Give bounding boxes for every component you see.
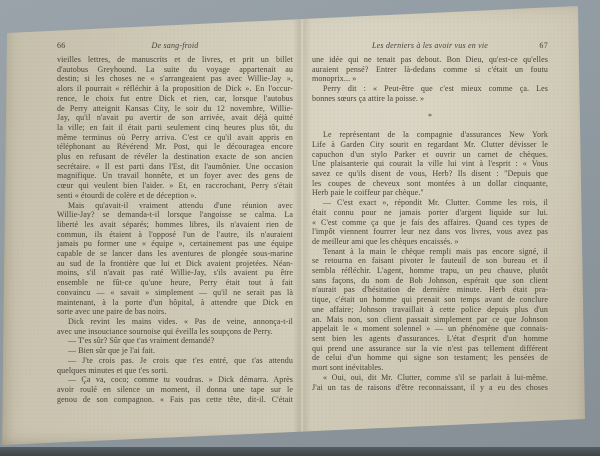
text-line: se retourna en faisant pivoter le fauteu…	[312, 256, 548, 266]
text-line: genou de son compagnon. « Fais pas cette…	[57, 395, 293, 405]
text-line: Dick revint les mains vides. « Pas de ve…	[57, 317, 293, 327]
text-line: l'impôt viennent fourrer leur nez dans v…	[312, 227, 548, 237]
text-line: même terminus où Perry arriva. C'est ce …	[57, 133, 293, 143]
text-line: sent bien les agents d'assurances. L'éta…	[312, 334, 548, 344]
text-line: — C'est exact », répondit Mr. Clutter. C…	[312, 198, 548, 208]
text-line: d'autobus Greyhound. La suite du voyage …	[57, 65, 293, 75]
text-line: convaincu — « savait » simplement — qu'i…	[57, 288, 293, 298]
text-line: tique, c'était un homme qui prenait son …	[312, 295, 548, 305]
open-book: 66 De sang-froid vieilles lettres, de ma…	[0, 0, 592, 452]
text-line: la ville; en fait il était parti seuleme…	[57, 123, 293, 133]
text-line: Le représentant de la compagnie d'assura…	[312, 130, 548, 140]
text-line: mort sont inévitables.	[312, 363, 548, 373]
text-line: magnifique. Un travail honnête, et un fo…	[57, 171, 293, 181]
text-line: senti « étourdi de colère et de déceptio…	[57, 191, 293, 201]
text-line: auraient pensé? Entrer là-dedans comme s…	[312, 65, 548, 75]
text-line: Mais qu'avait-il vraiment attendu d'une …	[57, 201, 293, 211]
text-line: — Ça va, coco; comme tu voudras. » Dick …	[57, 375, 293, 385]
text-line: Tenant à la main le chèque rempli mais p…	[312, 247, 548, 257]
page-left-header: 66 De sang-froid	[57, 41, 293, 52]
text-line: capuchon d'un stylo Parker et ouvrir un …	[312, 150, 548, 160]
text-line: « Oui, oui, dit Mr. Clutter, comme s'il …	[312, 373, 548, 383]
text-line: de Perry atteignit Kansas City, le soir …	[57, 104, 293, 114]
text-line: — T'es sûr? Sûr que t'as vraiment demand…	[57, 336, 293, 346]
text-line: vieilles lettres, de manuscrits et de li…	[57, 55, 293, 65]
text-line: sorte avec une paire de bas noirs.	[57, 307, 293, 317]
text-line: savez ce qu'ils disent de vous, Herb? Il…	[312, 169, 548, 179]
text-line: maintenant, à la porte d'un hôpital, à a…	[57, 298, 293, 308]
text-line: n'aurait pas d'hésitation de dernière mi…	[312, 285, 548, 295]
text-line: était connu pour ne jamais porter d'arge…	[312, 208, 548, 218]
text-line: sans façons, du nom de Bob Johnson, espé…	[312, 276, 548, 286]
text-line: jamais pu former une « équipe », certain…	[57, 239, 293, 249]
text-line: — Bien sûr que je l'ai fait.	[57, 346, 293, 356]
photo-background: 66 De sang-froid vieilles lettres, de ma…	[0, 0, 600, 456]
page-right-text: une idée qui ne tenait pas debout. Bon D…	[312, 55, 548, 392]
text-line: de celui d'un homme qui signe son testam…	[312, 353, 548, 363]
text-line: Jay, qu'il n'avait pu avertir de son arr…	[57, 113, 293, 123]
text-line: ensemble ne fût-ce qu'une heure, Perry é…	[57, 278, 293, 288]
text-line: avec une insouciance sournoise qui éveil…	[57, 327, 293, 337]
text-line: téléphonant au Révérend Mr. Post, qui le…	[57, 142, 293, 152]
text-line: alors il pourrait « réfléchir à la propo…	[57, 84, 293, 94]
text-line: cœur qui veulent bien l'aider. » Et, en …	[57, 181, 293, 191]
surface-edge	[0, 447, 600, 456]
text-line: de meilleur ami que les chèques encaissé…	[312, 237, 548, 247]
page-number-right: 67	[539, 41, 548, 50]
page-left: 66 De sang-froid vieilles lettres, de ma…	[57, 41, 293, 404]
text-line: an. Mais non, son client passait simplem…	[312, 315, 548, 325]
running-title-right: Les derniers à les avoir vus en vie	[312, 41, 548, 50]
text-line: rence, le choix fut entre Dick et rien, …	[57, 94, 293, 104]
text-line: monoprix... »	[312, 74, 548, 84]
text-line: capable de se lancer dans les aventures …	[57, 249, 293, 259]
text-line: secrétaire. « Il est parti dans l'Est, d…	[57, 162, 293, 172]
text-line: Life à Garden City sourit en regardant M…	[312, 140, 548, 150]
text-line: J'ai un tas de raisons d'être reconnaiss…	[312, 383, 548, 393]
text-line: — J'te crois pas. Je crois que t'es entr…	[57, 356, 293, 366]
page-right: Les derniers à les avoir vus en vie 67 u…	[312, 41, 548, 392]
text-line: les coupes de cheveux sont montées à un …	[312, 179, 548, 189]
text-line: appelait le « moment solennel » — un phé…	[312, 324, 548, 334]
page-right-header: Les derniers à les avoir vus en vie 67	[312, 41, 548, 52]
text-line: « C'est comme ça que je fais des affaire…	[312, 218, 548, 228]
text-line: commun, ils étaient à l'opposé l'un de l…	[57, 230, 293, 240]
text-line: plus en refusant de révéler la destinati…	[57, 152, 293, 162]
text-line: Willie-Jay? se demanda-t-il lorsque l'an…	[57, 210, 293, 220]
page-left-text: vieilles lettres, de manuscrits et de li…	[57, 55, 293, 404]
text-line: Herb paie le coiffeur par chèque."	[312, 188, 548, 198]
text-line: avoir roulé en silence un moment, il don…	[57, 385, 293, 395]
text-line: Une plaisanterie qui courait la ville lu…	[312, 159, 548, 169]
text-line: sembla réfléchir. L'agent, homme trapu, …	[312, 266, 548, 276]
text-line: une affaire; Johnson travaillait à cette…	[312, 305, 548, 315]
section-break: *	[312, 112, 548, 122]
text-line: moins, s'il n'avait pas raté Willie-Jay,…	[57, 268, 293, 278]
text-line: liberté les avait séparés; hommes libres…	[57, 220, 293, 230]
text-line: destin; si les choses ne « s'arrangeaien…	[57, 74, 293, 84]
book-spine-crease	[293, 0, 311, 452]
text-line: une idée qui ne tenait pas debout. Bon D…	[312, 55, 548, 65]
text-line: quelques minutes et que t'es sorti.	[57, 366, 293, 376]
page-number-left: 66	[57, 41, 66, 50]
text-line: bonnes sœurs ça attire la poisse. »	[312, 94, 548, 104]
text-line: au sud de la frontière que lui et Dick a…	[57, 259, 293, 269]
text-line: Perry dit : « Peut-être que c'est mieux …	[312, 84, 548, 94]
running-title-left: De sang-froid	[57, 41, 293, 50]
text-line: qui prend une assurance sur la vie n'est…	[312, 344, 548, 354]
